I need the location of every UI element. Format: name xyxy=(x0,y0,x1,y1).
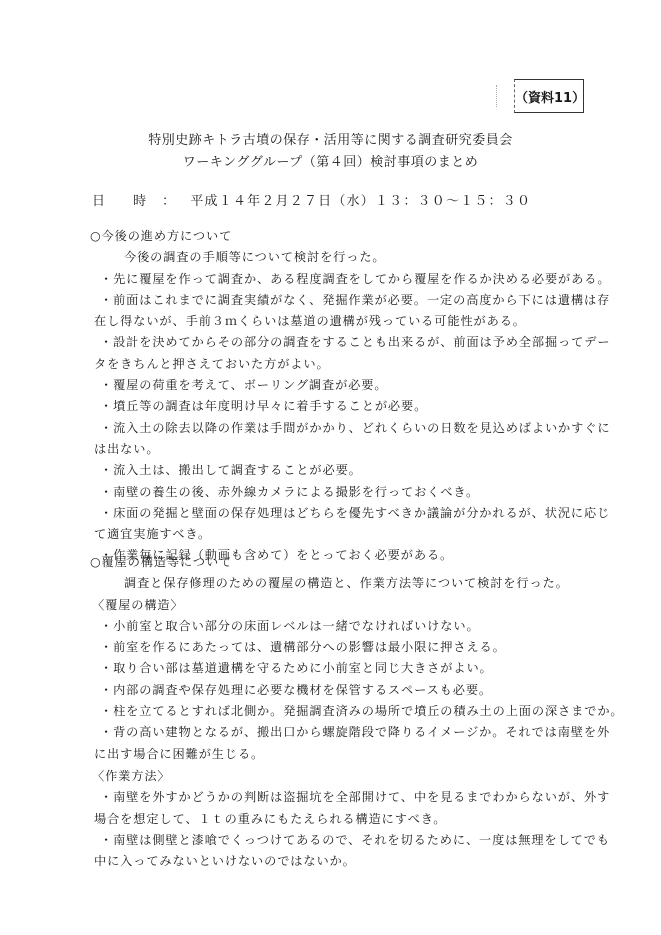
list-item: ・設計を決めてからその部分の調査をすることも出来るが、前面は予め全部掘ってデー xyxy=(90,332,602,353)
document-subtitle: ワーキンググループ（第４回）検討事項のまとめ xyxy=(0,151,661,170)
list-item: ・内部の調査や保存処理に必要な機材を保管するスペースも必要。 xyxy=(90,680,602,701)
list-item-continuation: は出ない。 xyxy=(90,439,602,460)
list-item-continuation: 場合を想定して、１ｔの重みにもたえられる構造にすべき。 xyxy=(90,809,602,830)
section-work-method: 〈作業方法〉 ・南壁を外すかどうかの判断は盗掘坑を全部開けて、中を見るまでわから… xyxy=(90,766,602,872)
datetime-value: 平成１４年２月２７日（水）１３：３０〜１５：３０ xyxy=(190,194,531,209)
list-item: ・取り合い部は墓道遺構を守るために小前室と同じ大きさがよい。 xyxy=(90,658,602,679)
list-item: ・柱を立てるとすれば北側か。発掘調査済みの場所で墳丘の積み土の上面の深さまでか。 xyxy=(90,701,602,722)
list-item: ・南壁の養生の後、赤外線カメラによる撮影を行っておくべき。 xyxy=(90,482,602,503)
document-label: （資料11） xyxy=(514,79,584,113)
document-title: 特別史跡キトラ古墳の保存・活用等に関する調査研究委員会 xyxy=(0,129,661,148)
section-intro: 調査と保存修理のための覆屋の構造と、作業方法等について検討を行った。 xyxy=(90,573,602,594)
document-page: （資料11） 特別史跡キトラ古墳の保存・活用等に関する調査研究委員会 ワーキング… xyxy=(0,0,661,935)
section-intro: 今後の調査の手順等について検討を行った。 xyxy=(90,247,602,268)
list-item: ・先に覆屋を作って調査か、ある程度調査をしてから覆屋を作るか決める必要がある。 xyxy=(90,269,602,290)
section-shelter-structure: ○覆屋の構造等について 調査と保存修理のための覆屋の構造と、作業方法等について検… xyxy=(90,552,602,765)
section-heading: ○今後の進め方について xyxy=(90,226,602,247)
sub-heading: 〈作業方法〉 xyxy=(90,766,602,787)
list-item: ・前面はこれまでに調査実績がなく、発掘作業が必要。一定の高度から下には遺構は存 xyxy=(90,290,602,311)
list-item: ・前室を作るにあたっては、遺構部分への影響は最小限に押さえる。 xyxy=(90,637,602,658)
list-item-continuation: 中に入ってみないといけないのではないか。 xyxy=(90,851,602,872)
list-item: ・南壁を外すかどうかの判断は盗掘坑を全部開けて、中を見るまでわからないが、外す xyxy=(90,787,602,808)
list-item-continuation: 在し得ないが、手前３ｍくらいは墓道の遺構が残っている可能性がある。 xyxy=(90,311,602,332)
scan-mark xyxy=(496,85,498,107)
list-item: ・南壁は側壁と漆喰でくっつけてあるので、それを切るために、一度は無理をしてでも xyxy=(90,830,602,851)
list-item: ・覆屋の荷重を考えて、ボーリング調査が必要。 xyxy=(90,375,602,396)
sub-heading: 〈覆屋の構造〉 xyxy=(90,595,602,616)
meeting-datetime: 日 時：平成１４年２月２７日（水）１３：３０〜１５：３０ xyxy=(92,190,531,209)
datetime-label: 日 時 xyxy=(92,194,158,209)
list-item: ・流入土は、搬出して調査することが必要。 xyxy=(90,460,602,481)
list-item-continuation: に出す場合に困難が生じる。 xyxy=(90,744,602,765)
list-item: ・背の高い建物となるが、搬出口から螺旋階段で降りるイメージか。それでは南壁を外 xyxy=(90,722,602,743)
section-future-plan: ○今後の進め方について 今後の調査の手順等について検討を行った。 ・先に覆屋を作… xyxy=(90,226,602,567)
list-item-continuation: て適宜実施すべき。 xyxy=(90,524,602,545)
list-item: ・小前室と取合い部分の床面レベルは一緒でなければいけない。 xyxy=(90,616,602,637)
section-heading: ○覆屋の構造等について xyxy=(90,552,602,573)
list-item: ・流入土の除去以降の作業は手間がかかり、どれくらいの日数を見込めばよいかすぐに xyxy=(90,418,602,439)
datetime-colon: ： xyxy=(162,194,176,209)
list-item: ・墳丘等の調査は年度明け早々に着手することが必要。 xyxy=(90,396,602,417)
list-item-continuation: タをきちんと押さえておいた方がよい。 xyxy=(90,354,602,375)
list-item: ・床面の発掘と壁面の保存処理はどちらを優先すべきか議論が分かれるが、状況に応じ xyxy=(90,503,602,524)
